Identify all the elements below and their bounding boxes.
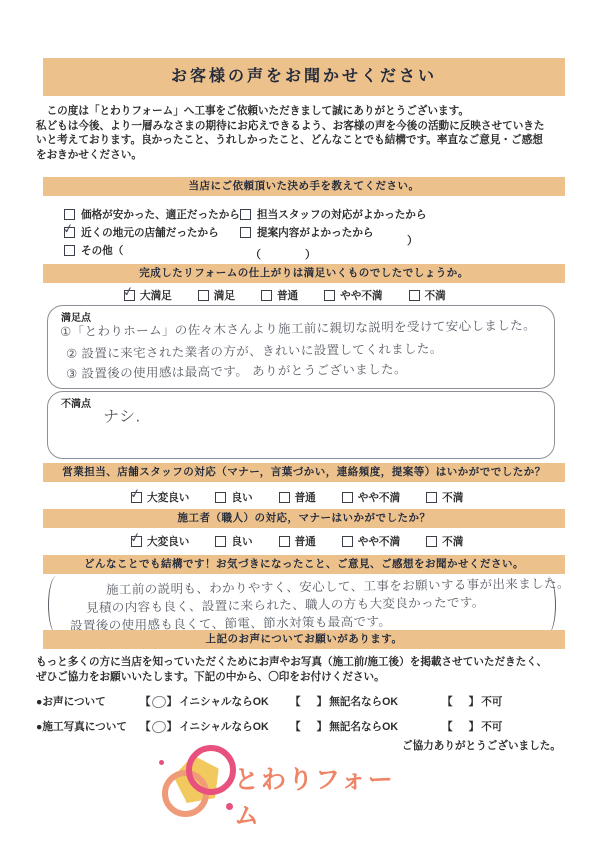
voice-permission-label: ●お声について xyxy=(36,694,140,709)
intro-line: 私どもは今後、より一層みなさまの期待にお応えできるよう、お客様の声を今後の活動に… xyxy=(36,119,576,134)
rating-option[interactable]: 不満 xyxy=(426,534,463,549)
section-header-request: 上記のお声についてお願いがあります。 xyxy=(43,630,565,649)
extra-blank-parens: （ ） xyxy=(250,246,316,262)
rating-option[interactable]: 大満足 xyxy=(124,288,172,303)
dissatisfaction-box: 不満点 ナシ. xyxy=(47,391,555,459)
company-logo: とわりフォーム xyxy=(160,745,420,819)
logo-dot-icon xyxy=(159,760,164,765)
handwritten-dissatisfaction-line: ナシ. xyxy=(103,403,141,427)
rating-option[interactable]: やや不満 xyxy=(342,490,400,505)
checkbox-icon[interactable] xyxy=(198,290,209,301)
decision-options-right: 担当スタッフの対応がよかったから 提案内容がよかったから xyxy=(240,207,427,240)
permission-option[interactable]: 【 】 不可 xyxy=(442,694,502,709)
handwritten-satisfaction-line: ③ 設置後の使用感は最高です。 ありがとうございました。 xyxy=(66,359,407,382)
permission-option[interactable]: 【 】 無記名ならOK xyxy=(290,719,442,734)
thanks-note: ご協力ありがとうございました。 xyxy=(402,738,561,753)
photo-permission-label: ●施工写真について xyxy=(36,719,140,734)
section-header-free-comment: どんなことでも結構です！お気づきになったこと、ご意見、ご感想をお聞かせください。 xyxy=(43,555,565,574)
rating-option[interactable]: 良い xyxy=(215,490,252,505)
circle-mark-slot[interactable] xyxy=(302,696,316,707)
checkbox-icon[interactable] xyxy=(342,492,353,503)
circle-mark-slot[interactable] xyxy=(454,721,468,732)
photo-permission-row: ●施工写真について 【 】 イニシャルならOK 【 】 無記名ならOK 【 】 … xyxy=(36,719,502,734)
checkbox-icon[interactable] xyxy=(409,290,420,301)
dissatisfaction-box-label: 不満点 xyxy=(61,395,91,410)
rating-option[interactable]: 普通 xyxy=(261,288,298,303)
rating-option[interactable]: 大変良い xyxy=(131,534,189,549)
circle-mark-slot[interactable] xyxy=(454,696,468,707)
permission-option[interactable]: 【 】 無記名ならOK xyxy=(290,694,442,709)
logo-pink-ring-icon xyxy=(186,745,236,795)
decision-option-label: その他（ xyxy=(81,243,123,258)
free-comment-area: 施工前の説明も、わかりやすく、安心して、工事をお願いする事が出来ました。 見積の… xyxy=(52,576,552,634)
rating-option[interactable]: 良い xyxy=(215,534,252,549)
checkbox-icon[interactable] xyxy=(131,536,142,547)
checkbox-icon[interactable] xyxy=(64,245,75,256)
rating-option[interactable]: 満足 xyxy=(198,288,235,303)
checkbox-icon[interactable] xyxy=(215,536,226,547)
request-body: もっと多くの方に当店を知っていただくためにお声やお写真（施工前/施工後）を掲載さ… xyxy=(36,655,547,684)
rating-option[interactable]: 不満 xyxy=(409,288,446,303)
permission-option[interactable]: 【 】 イニシャルならOK xyxy=(140,694,290,709)
circle-mark-slot[interactable] xyxy=(152,721,166,732)
checkbox-icon[interactable] xyxy=(124,290,135,301)
page-title: お客様の声をお聞かせください xyxy=(43,58,565,96)
decision-options-left: 価格が安かった、適正だったから 近くの地元の店舗だったから その他（ xyxy=(64,207,240,258)
checkbox-icon[interactable] xyxy=(279,492,290,503)
intro-line: この度は「とわりフォーム」へ工事をご依頼いただきまして誠にありがとうございます。 xyxy=(36,104,576,119)
survey-page: お客様の声をお聞かせください この度は「とわりフォーム」へ工事をご依頼いただきま… xyxy=(0,0,595,841)
decision-option-other[interactable]: その他（ xyxy=(64,243,240,258)
intro-paragraph: この度は「とわりフォーム」へ工事をご依頼いただきまして誠にありがとうございます。… xyxy=(36,104,576,162)
finish-rating-row: 大満足 満足 普通 やや不満 不満 xyxy=(124,288,446,303)
decision-option-label: 近くの地元の店舗だったから xyxy=(81,225,219,240)
section-header-worker: 施工者（職人）の対応，マナーはいかがでしたか？ xyxy=(43,509,565,528)
decision-option[interactable]: 提案内容がよかったから xyxy=(240,225,427,240)
checkbox-icon[interactable] xyxy=(279,536,290,547)
rating-option[interactable]: 大変良い xyxy=(131,490,189,505)
intro-line: をおきかせください。 xyxy=(36,148,576,163)
checkbox-icon[interactable] xyxy=(215,492,226,503)
checkbox-icon[interactable] xyxy=(131,492,142,503)
decision-option-label: 価格が安かった、適正だったから xyxy=(81,207,240,222)
section-header-finish: 完成したリフォームの仕上がりは満足いくものでしたでしょうか。 xyxy=(43,264,565,283)
checkbox-icon[interactable] xyxy=(240,209,251,220)
staff-rating-row: 大変良い 良い 普通 やや不満 不満 xyxy=(131,490,463,505)
rating-option[interactable]: やや不満 xyxy=(342,534,400,549)
decision-option[interactable]: 担当スタッフの対応がよかったから xyxy=(240,207,427,222)
decision-option-label: 担当スタッフの対応がよかったから xyxy=(257,207,427,222)
permission-option[interactable]: 【 】 不可 xyxy=(442,719,502,734)
decision-option-label: 提案内容がよかったから xyxy=(257,225,374,240)
checkbox-icon[interactable] xyxy=(342,536,353,547)
logo-dot-icon xyxy=(226,803,233,810)
permission-option[interactable]: 【 】 イニシャルならOK xyxy=(140,719,290,734)
checkbox-icon[interactable] xyxy=(426,536,437,547)
checkbox-icon[interactable] xyxy=(240,227,251,238)
circle-mark-slot[interactable] xyxy=(152,696,166,707)
logo-text: とわりフォーム xyxy=(234,760,420,832)
left-paren-shape xyxy=(48,576,65,634)
rating-option[interactable]: やや不満 xyxy=(324,288,382,303)
rating-option[interactable]: 普通 xyxy=(279,534,316,549)
rating-option[interactable]: 不満 xyxy=(426,490,463,505)
other-close-paren: ） xyxy=(407,232,419,248)
satisfaction-box: 満足点 ①「とわりホーム」の佐々木さんより施工前に親切な説明を受けて安心しました… xyxy=(47,305,555,389)
decision-option[interactable]: 近くの地元の店舗だったから xyxy=(64,225,240,240)
checkbox-icon[interactable] xyxy=(64,209,75,220)
checkbox-icon[interactable] xyxy=(426,492,437,503)
voice-permission-row: ●お声について 【 】 イニシャルならOK 【 】 無記名ならOK 【 】 不可 xyxy=(36,694,502,709)
handwritten-satisfaction-line: ①「とわりホーム」の佐々木さんより施工前に親切な説明を受けて安心しました。 xyxy=(60,315,536,340)
circle-mark-slot[interactable] xyxy=(302,721,316,732)
decision-option[interactable]: 価格が安かった、適正だったから xyxy=(64,207,240,222)
section-header-decision: 当店にご依頼頂いた決め手を教えてください。 xyxy=(43,177,565,196)
checkbox-icon[interactable] xyxy=(324,290,335,301)
section-header-staff: 営業担当、店舗スタッフの対応（マナー，言葉づかい，連絡頻度，提案等）はいかがでで… xyxy=(43,463,565,482)
intro-line: いと考えております。良かったこと、うれしかったこと、どんなことでも結構です。率直… xyxy=(36,133,576,148)
worker-rating-row: 大変良い 良い 普通 やや不満 不満 xyxy=(131,534,463,549)
handwritten-satisfaction-line: ② 設置に来宅された業者の方が、きれいに設置してくれました。 xyxy=(66,339,443,362)
rating-option[interactable]: 普通 xyxy=(279,490,316,505)
checkbox-icon[interactable] xyxy=(64,227,75,238)
checkbox-icon[interactable] xyxy=(261,290,272,301)
